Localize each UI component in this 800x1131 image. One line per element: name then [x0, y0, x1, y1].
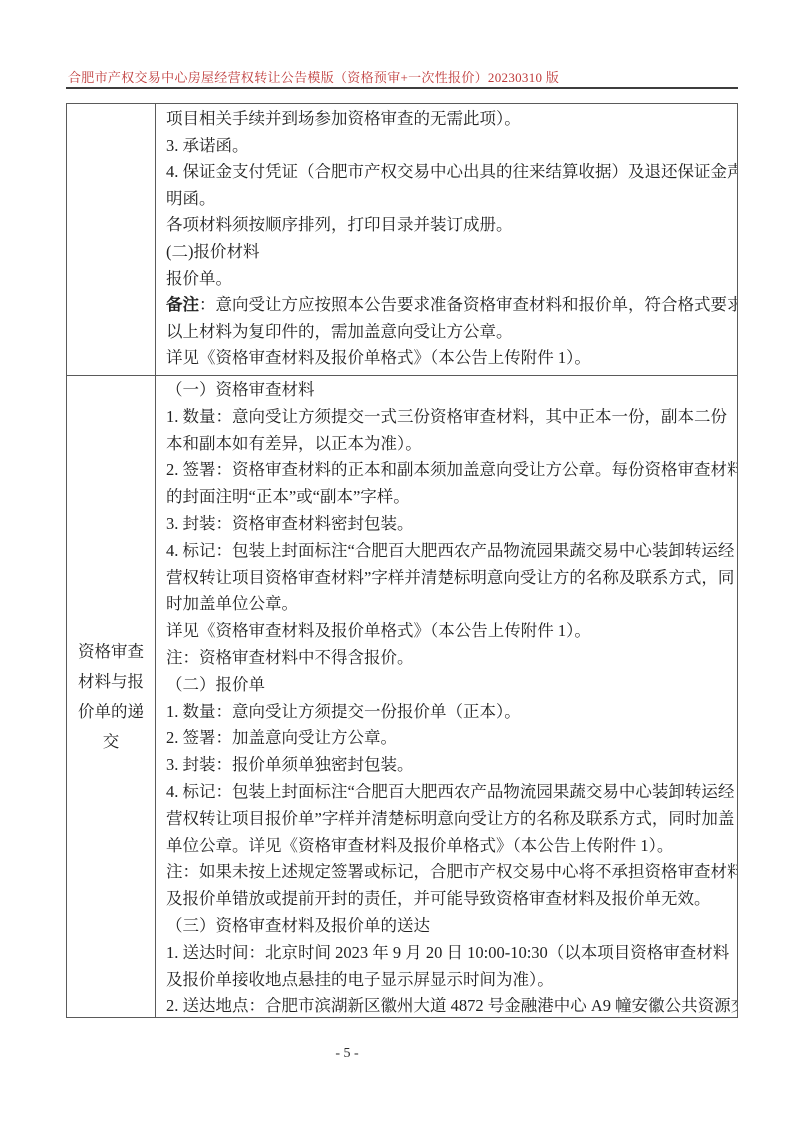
- text-line: 2. 签署：加盖意向受让方公章。: [166, 725, 732, 752]
- text-line: 单位公章。详见《资格审查材料及报价单格式》（本公告上传附件 1）。: [166, 833, 732, 860]
- text-line: 营权转让项目资格审查材料”字样并清楚标明意向受让方的名称及联系方式，同: [166, 565, 732, 592]
- text-line: 3. 承诺函。: [166, 133, 732, 160]
- page-number: - 5 -: [0, 1046, 694, 1062]
- text-line: 4. 标记：包装上封面标注“合肥百大肥西农产品物流园果蔬交易中心装卸转运经: [166, 538, 732, 565]
- text-line: （二）报价单: [166, 672, 732, 699]
- text-line: 2. 签署：资格审查材料的正本和副本须加盖意向受让方公章。每份资格审查材料: [166, 457, 732, 484]
- text-line: 1. 送达时间：北京时间 2023 年 9 月 20 日 10:00-10:30…: [166, 940, 732, 967]
- text-line: 各项材料须按顺序排列，打印目录并装订成册。: [166, 212, 732, 239]
- row-label-cell: 资格审查材料与报价单的递交: [67, 376, 156, 1017]
- text-line: 及报价单接收地点悬挂的电子显示屏显示时间为准）。: [166, 967, 732, 994]
- table-row-submission: 资格审查材料与报价单的递交 （一）资格审查材料 1. 数量：意向受让方须提交一式…: [67, 375, 737, 1017]
- text-line: （三）资格审查材料及报价单的送达: [166, 913, 732, 940]
- text-line: 注：如果未按上述规定签署或标记，合肥市产权交易中心将不承担资格审查材料: [166, 859, 732, 886]
- row-content-cell: （一）资格审查材料 1. 数量：意向受让方须提交一式三份资格审查材料，其中正本一…: [156, 376, 737, 1017]
- text-line: 营权转让项目报价单”字样并清楚标明意向受让方的名称及联系方式，同时加盖: [166, 806, 732, 833]
- text-line: 以上材料为复印件的，需加盖意向受让方公章。: [166, 319, 732, 346]
- text-line: 本和副本如有差异，以正本为准）。: [166, 431, 732, 458]
- text-line: 报价单。: [166, 266, 732, 293]
- row-content-cell: 项目相关手续并到场参加资格审查的无需此项）。 3. 承诺函。 4. 保证金支付凭…: [156, 104, 737, 375]
- text-line: 注：资格审查材料中不得含报价。: [166, 645, 732, 672]
- table-row-materials-continued: 项目相关手续并到场参加资格审查的无需此项）。 3. 承诺函。 4. 保证金支付凭…: [67, 104, 737, 375]
- text-line: （一）资格审查材料: [166, 377, 732, 404]
- text-line: 明函。: [166, 186, 732, 213]
- text-line: 项目相关手续并到场参加资格审查的无需此项）。: [166, 106, 732, 133]
- text-line: 3. 封装：资格审查材料密封包装。: [166, 511, 732, 538]
- row-label-submission: 资格审查材料与报价单的递交: [75, 637, 147, 757]
- text-line: 1. 数量：意向受让方须提交一式三份资格审查材料，其中正本一份，副本二份（正: [166, 404, 732, 431]
- document-page: 合肥市产权交易中心房屋经营权转让公告模版（资格预审+一次性报价）20230310…: [0, 0, 800, 1131]
- text-line: 2. 送达地点：合肥市滨湖新区徽州大道 4872 号金融港中心 A9 幢安徽公共…: [166, 993, 732, 1017]
- text-line-note: 备注：意向受让方应按照本公告要求准备资格审查材料和报价单，符合格式要求；: [166, 292, 732, 319]
- text-line: 详见《资格审查材料及报价单格式》（本公告上传附件 1）。: [166, 618, 732, 645]
- row-label-cell-empty: [67, 104, 156, 375]
- text-line: 4. 保证金支付凭证（合肥市产权交易中心出具的往来结算收据）及退还保证金声: [166, 159, 732, 186]
- header-divider: [66, 87, 738, 89]
- text-line: 详见《资格审查材料及报价单格式》（本公告上传附件 1）。: [166, 345, 732, 372]
- text-line: 及报价单错放或提前开封的责任，并可能导致资格审查材料及报价单无效。: [166, 886, 732, 913]
- page-header-title: 合肥市产权交易中心房屋经营权转让公告模版（资格预审+一次性报价）20230310…: [68, 67, 559, 86]
- text-line: 3. 封装：报价单须单独密封包装。: [166, 752, 732, 779]
- text-line: (二)报价材料: [166, 239, 732, 266]
- text-line: 1. 数量：意向受让方须提交一份报价单（正本）。: [166, 699, 732, 726]
- text-line: 4. 标记：包装上封面标注“合肥百大肥西农产品物流园果蔬交易中心装卸转运经: [166, 779, 732, 806]
- text-line: 的封面注明“正本”或“副本”字样。: [166, 484, 732, 511]
- requirements-table: 项目相关手续并到场参加资格审查的无需此项）。 3. 承诺函。 4. 保证金支付凭…: [66, 103, 738, 1018]
- text-line: 时加盖单位公章。: [166, 591, 732, 618]
- note-label: 备注: [166, 295, 199, 314]
- note-text: ：意向受让方应按照本公告要求准备资格审查材料和报价单，符合格式要求；: [199, 295, 737, 314]
